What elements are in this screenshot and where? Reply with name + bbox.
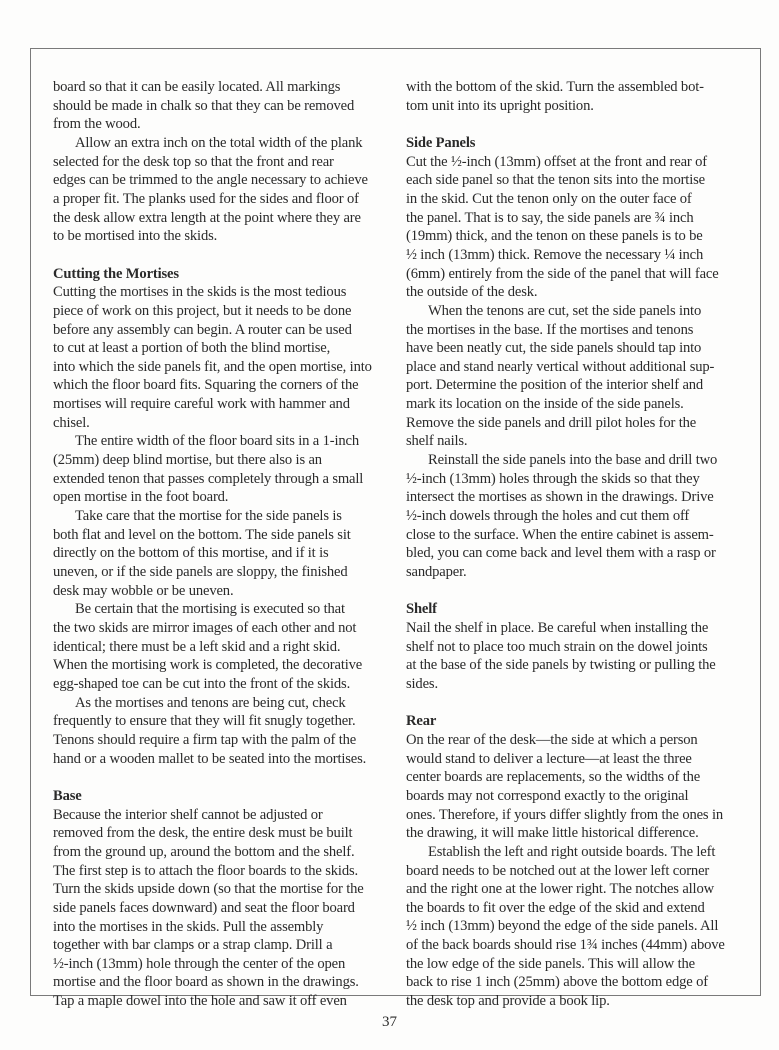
text-line: Tenons should require a firm tap with th… (53, 731, 388, 750)
text-line: the two skids are mirror images of each … (53, 619, 388, 638)
text-line: in the skid. Cut the tenon only on the o… (406, 190, 741, 209)
text-line: from the ground up, around the bottom an… (53, 843, 388, 862)
paragraph: with the bottom of the skid. Turn the as… (406, 78, 741, 115)
text-line: ½-inch dowels through the holes and cut … (406, 507, 741, 526)
paragraph: As the mortises and tenons are being cut… (53, 694, 388, 769)
text-line: the boards to fit over the edge of the s… (406, 899, 741, 918)
text-line: The first step is to attach the floor bo… (53, 862, 388, 881)
text-line: the mortises in the base. If the mortise… (406, 321, 741, 340)
text-line: together with bar clamps or a strap clam… (53, 936, 388, 955)
text-line: from the wood. (53, 115, 388, 134)
text-line: board needs to be notched out at the low… (406, 862, 741, 881)
text-line: directly on the bottom of this mortise, … (53, 544, 388, 563)
text-line: at the base of the side panels by twisti… (406, 656, 741, 675)
text-line: close to the surface. When the entire ca… (406, 526, 741, 545)
text-line: boards may not correspond exactly to the… (406, 787, 741, 806)
text-line: tom unit into its upright position. (406, 97, 741, 116)
text-line: shelf nails. (406, 432, 741, 451)
text-line: intersect the mortises as shown in the d… (406, 488, 741, 507)
section-heading: Shelf (406, 600, 741, 619)
text-line: mortises will require careful work with … (53, 395, 388, 414)
text-line: which the floor board fits. Squaring the… (53, 376, 388, 395)
text-line: have been neatly cut, the side panels sh… (406, 339, 741, 358)
text-line: the low edge of the side panels. This wi… (406, 955, 741, 974)
text-line: egg-shaped toe can be cut into the front… (53, 675, 388, 694)
text-line: mark its location on the inside of the s… (406, 395, 741, 414)
paragraph: Take care that the mortise for the side … (53, 507, 388, 600)
text-line: Establish the left and right outside boa… (406, 843, 741, 862)
text-line: ½ inch (13mm) thick. Remove the necessar… (406, 246, 741, 265)
text-line: Tap a maple dowel into the hole and saw … (53, 992, 388, 1011)
text-line: As the mortises and tenons are being cut… (53, 694, 388, 713)
text-line: Nail the shelf in place. Be careful when… (406, 619, 741, 638)
text-line: selected for the desk top so that the fr… (53, 153, 388, 172)
text-line: both flat and level on the bottom. The s… (53, 526, 388, 545)
text-line: extended tenon that passes completely th… (53, 470, 388, 489)
text-line: of the back boards should rise 1¾ inches… (406, 936, 741, 955)
text-line: On the rear of the desk—the side at whic… (406, 731, 741, 750)
text-line: ½-inch (13mm) holes through the skids so… (406, 470, 741, 489)
text-line: before any assembly can begin. A router … (53, 321, 388, 340)
text-line: Reinstall the side panels into the base … (406, 451, 741, 470)
section-heading: Base (53, 787, 388, 806)
text-line: port. Determine the position of the inte… (406, 376, 741, 395)
text-line: sides. (406, 675, 741, 694)
paragraph: Nail the shelf in place. Be careful when… (406, 619, 741, 694)
text-line: mortise and the floor board as shown in … (53, 973, 388, 992)
text-line: center boards are replacements, so the w… (406, 768, 741, 787)
text-line: When the tenons are cut, set the side pa… (406, 302, 741, 321)
text-line: removed from the desk, the entire desk m… (53, 824, 388, 843)
text-line: each side panel so that the tenon sits i… (406, 171, 741, 190)
section-heading: Side Panels (406, 134, 741, 153)
text-line: chisel. (53, 414, 388, 433)
text-line: back to rise 1 inch (25mm) above the bot… (406, 973, 741, 992)
text-line: desk may wobble or be uneven. (53, 582, 388, 601)
paragraph: On the rear of the desk—the side at whic… (406, 731, 741, 843)
text-line: the desk allow extra length at the point… (53, 209, 388, 228)
text-line: Cut the ½-inch (13mm) offset at the fron… (406, 153, 741, 172)
text-line: sandpaper. (406, 563, 741, 582)
text-line: Remove the side panels and drill pilot h… (406, 414, 741, 433)
text-line: Turn the skids upside down (so that the … (53, 880, 388, 899)
paragraph: The entire width of the floor board sits… (53, 432, 388, 507)
text-line: ½-inch (13mm) hole through the center of… (53, 955, 388, 974)
text-line: piece of work on this project, but it ne… (53, 302, 388, 321)
paragraph: Establish the left and right outside boa… (406, 843, 741, 1011)
text-line: (6mm) entirely from the side of the pane… (406, 265, 741, 284)
text-line: hand or a wooden mallet to be seated int… (53, 750, 388, 769)
paragraph: Reinstall the side panels into the base … (406, 451, 741, 582)
paragraph: Be certain that the mortising is execute… (53, 600, 388, 693)
paragraph: When the tenons are cut, set the side pa… (406, 302, 741, 451)
text-line: Because the interior shelf cannot be adj… (53, 806, 388, 825)
text-line: would stand to deliver a lecture—at leas… (406, 750, 741, 769)
text-line: to cut at least a portion of both the bl… (53, 339, 388, 358)
text-line: Cutting the mortises in the skids is the… (53, 283, 388, 302)
text-line: to be mortised into the skids. (53, 227, 388, 246)
section-heading: Cutting the Mortises (53, 265, 388, 284)
text-line: (25mm) deep blind mortise, but there als… (53, 451, 388, 470)
text-line: bled, you can come back and level them w… (406, 544, 741, 563)
section-heading: Rear (406, 712, 741, 731)
text-line: Be certain that the mortising is execute… (53, 600, 388, 619)
text-line: place and stand nearly vertical without … (406, 358, 741, 377)
text-line: board so that it can be easily located. … (53, 78, 388, 97)
paragraph: Because the interior shelf cannot be adj… (53, 806, 388, 1011)
paragraph: Allow an extra inch on the total width o… (53, 134, 388, 246)
text-line: into which the side panels fit, and the … (53, 358, 388, 377)
text-line: shelf not to place too much strain on th… (406, 638, 741, 657)
text-line: side panels faces downward) and seat the… (53, 899, 388, 918)
text-line: identical; there must be a left skid and… (53, 638, 388, 657)
paragraph: Cut the ½-inch (13mm) offset at the fron… (406, 153, 741, 302)
text-line: into the mortises in the skids. Pull the… (53, 918, 388, 937)
text-line: should be made in chalk so that they can… (53, 97, 388, 116)
text-line: open mortise in the foot board. (53, 488, 388, 507)
text-line: uneven, or if the side panels are sloppy… (53, 563, 388, 582)
text-line: (19mm) thick, and the tenon on these pan… (406, 227, 741, 246)
text-line: and the right one at the lower right. Th… (406, 880, 741, 899)
text-line: Take care that the mortise for the side … (53, 507, 388, 526)
text-line: the desk top and provide a book lip. (406, 992, 741, 1011)
text-line: the drawing, it will make little histori… (406, 824, 741, 843)
text-line: Allow an extra inch on the total width o… (53, 134, 388, 153)
paragraph: Cutting the mortises in the skids is the… (53, 283, 388, 432)
text-line: ½ inch (13mm) beyond the edge of the sid… (406, 917, 741, 936)
page-number: 37 (0, 1014, 779, 1031)
text-line: the panel. That is to say, the side pane… (406, 209, 741, 228)
text-line: When the mortising work is completed, th… (53, 656, 388, 675)
text-line: the outside of the desk. (406, 283, 741, 302)
text-line: frequently to ensure that they will fit … (53, 712, 388, 731)
paragraph: board so that it can be easily located. … (53, 78, 388, 134)
text-line: ones. Therefore, if yours differ slightl… (406, 806, 741, 825)
left-column: board so that it can be easily located. … (53, 78, 388, 1011)
text-line: with the bottom of the skid. Turn the as… (406, 78, 741, 97)
text-line: a proper fit. The planks used for the si… (53, 190, 388, 209)
text-line: edges can be trimmed to the angle necess… (53, 171, 388, 190)
text-line: The entire width of the floor board sits… (53, 432, 388, 451)
right-column: with the bottom of the skid. Turn the as… (406, 78, 741, 1011)
